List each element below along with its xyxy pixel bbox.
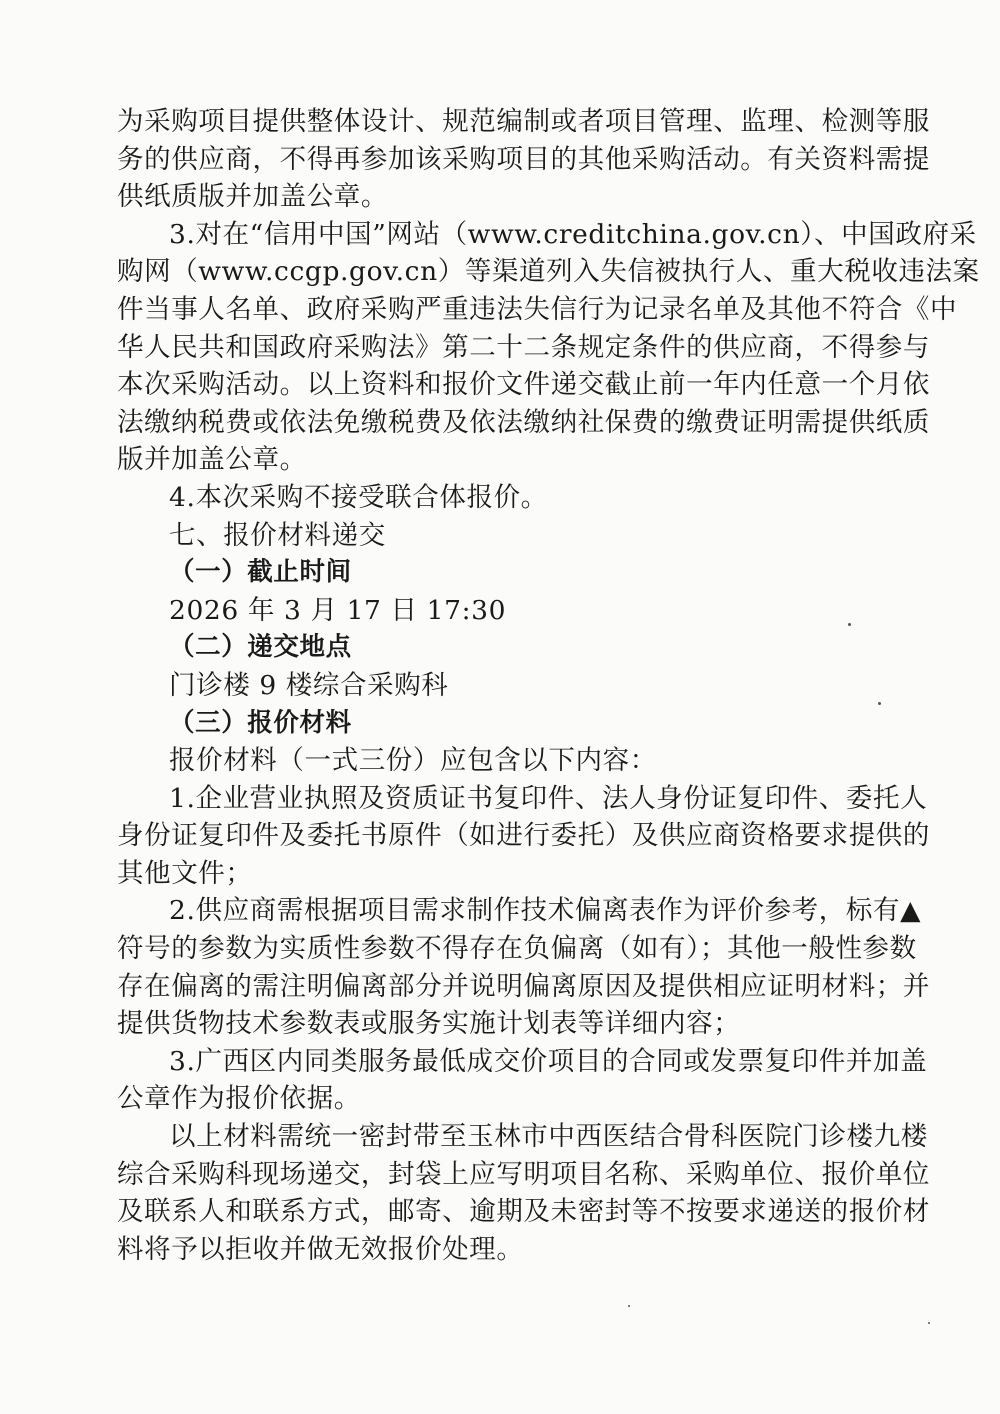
subheading-location: （二）递交地点: [117, 629, 889, 667]
paragraph-item-3-credit: 3.对在“信用中国”网站（www.creditchina.gov.cn）、中国政…: [117, 216, 889, 479]
text-line: 本次采购活动。以上资料和报价文件递交截止前一年内任意一个月依: [117, 366, 889, 404]
text-line: 华人民共和国政府采购法》第二十二条规定条件的供应商，不得参与: [117, 329, 889, 367]
text-line: 3.广西区内同类服务最低成交价项目的合同或发票复印件并加盖: [117, 1043, 889, 1081]
document-page: 为采购项目提供整体设计、规范编制或者项目管理、监理、检测等服 务的供应商，不得再…: [117, 103, 889, 1268]
text-line: 料将予以拒收并做无效报价处理。: [117, 1231, 889, 1269]
text-line: 版并加盖公章。: [117, 441, 889, 479]
location-value: 门诊楼 9 楼综合采购科: [117, 667, 889, 705]
section-heading-7: 七、报价材料递交: [117, 517, 889, 555]
paragraph-design-service-restriction: 为采购项目提供整体设计、规范编制或者项目管理、监理、检测等服 务的供应商，不得再…: [117, 103, 889, 216]
text-line: 3.对在“信用中国”网站（www.creditchina.gov.cn）、中国政…: [117, 216, 889, 254]
text-line: 2.供应商需根据项目需求制作技术偏离表作为评价参考，标有▲: [117, 892, 889, 930]
paragraph-material-1: 1.企业营业执照及资质证书复印件、法人身份证复印件、委托人 身份证复印件及委托书…: [117, 780, 889, 893]
scan-speck: [848, 623, 851, 626]
text-line: 为采购项目提供整体设计、规范编制或者项目管理、监理、检测等服: [117, 103, 889, 141]
paragraph-material-3: 3.广西区内同类服务最低成交价项目的合同或发票复印件并加盖 公章作为报价依据。: [117, 1043, 889, 1118]
text-line: 件当事人名单、政府采购严重违法失信行为记录名单及其他不符合《中: [117, 291, 889, 329]
text-line: 其他文件；: [117, 855, 889, 893]
text-line: 购网（www.ccgp.gov.cn）等渠道列入失信被执行人、重大税收违法案: [117, 253, 889, 291]
materials-intro: 报价材料（一式三份）应包含以下内容：: [117, 742, 889, 780]
subheading-deadline: （一）截止时间: [117, 554, 889, 592]
paragraph-item-4-consortium: 4.本次采购不接受联合体报价。: [117, 479, 889, 517]
text-line: 供纸质版并加盖公章。: [117, 178, 889, 216]
text-line: 符号的参数为实质性参数不得存在负偏离（如有）；其他一般性参数: [117, 930, 889, 968]
text-line: 以上材料需统一密封带至玉林市中西医结合骨科医院门诊楼九楼: [117, 1118, 889, 1156]
text-line: 4.本次采购不接受联合体报价。: [117, 479, 889, 517]
deadline-value: 2026 年 3 月 17 日 17:30: [117, 592, 889, 630]
text-line: 公章作为报价依据。: [117, 1080, 889, 1118]
text-line: 及联系人和联系方式，邮寄、逾期及未密封等不按要求递送的报价材: [117, 1193, 889, 1231]
text-line: 1.企业营业执照及资质证书复印件、法人身份证复印件、委托人: [117, 780, 889, 818]
text-line: 法缴纳税费或依法免缴税费及依法缴纳社保费的缴费证明需提供纸质: [117, 404, 889, 442]
text-line: 提供货物技术参数表或服务实施计划表等详细内容；: [117, 1005, 889, 1043]
subheading-materials: （三）报价材料: [117, 705, 889, 743]
scan-speck: [878, 702, 881, 705]
paragraph-submission-instructions: 以上材料需统一密封带至玉林市中西医结合骨科医院门诊楼九楼 综合采购科现场递交，封…: [117, 1118, 889, 1268]
scan-speck: [928, 1322, 930, 1324]
text-line: 综合采购科现场递交，封袋上应写明项目名称、采购单位、报价单位: [117, 1156, 889, 1194]
paragraph-material-2: 2.供应商需根据项目需求制作技术偏离表作为评价参考，标有▲ 符号的参数为实质性参…: [117, 892, 889, 1042]
text-line: 身份证复印件及委托书原件（如进行委托）及供应商资格要求提供的: [117, 817, 889, 855]
text-line: 存在偏离的需注明偏离部分并说明偏离原因及提供相应证明材料；并: [117, 968, 889, 1006]
text-line: 务的供应商，不得再参加该采购项目的其他采购活动。有关资料需提: [117, 141, 889, 179]
scan-speck: [628, 1305, 630, 1307]
